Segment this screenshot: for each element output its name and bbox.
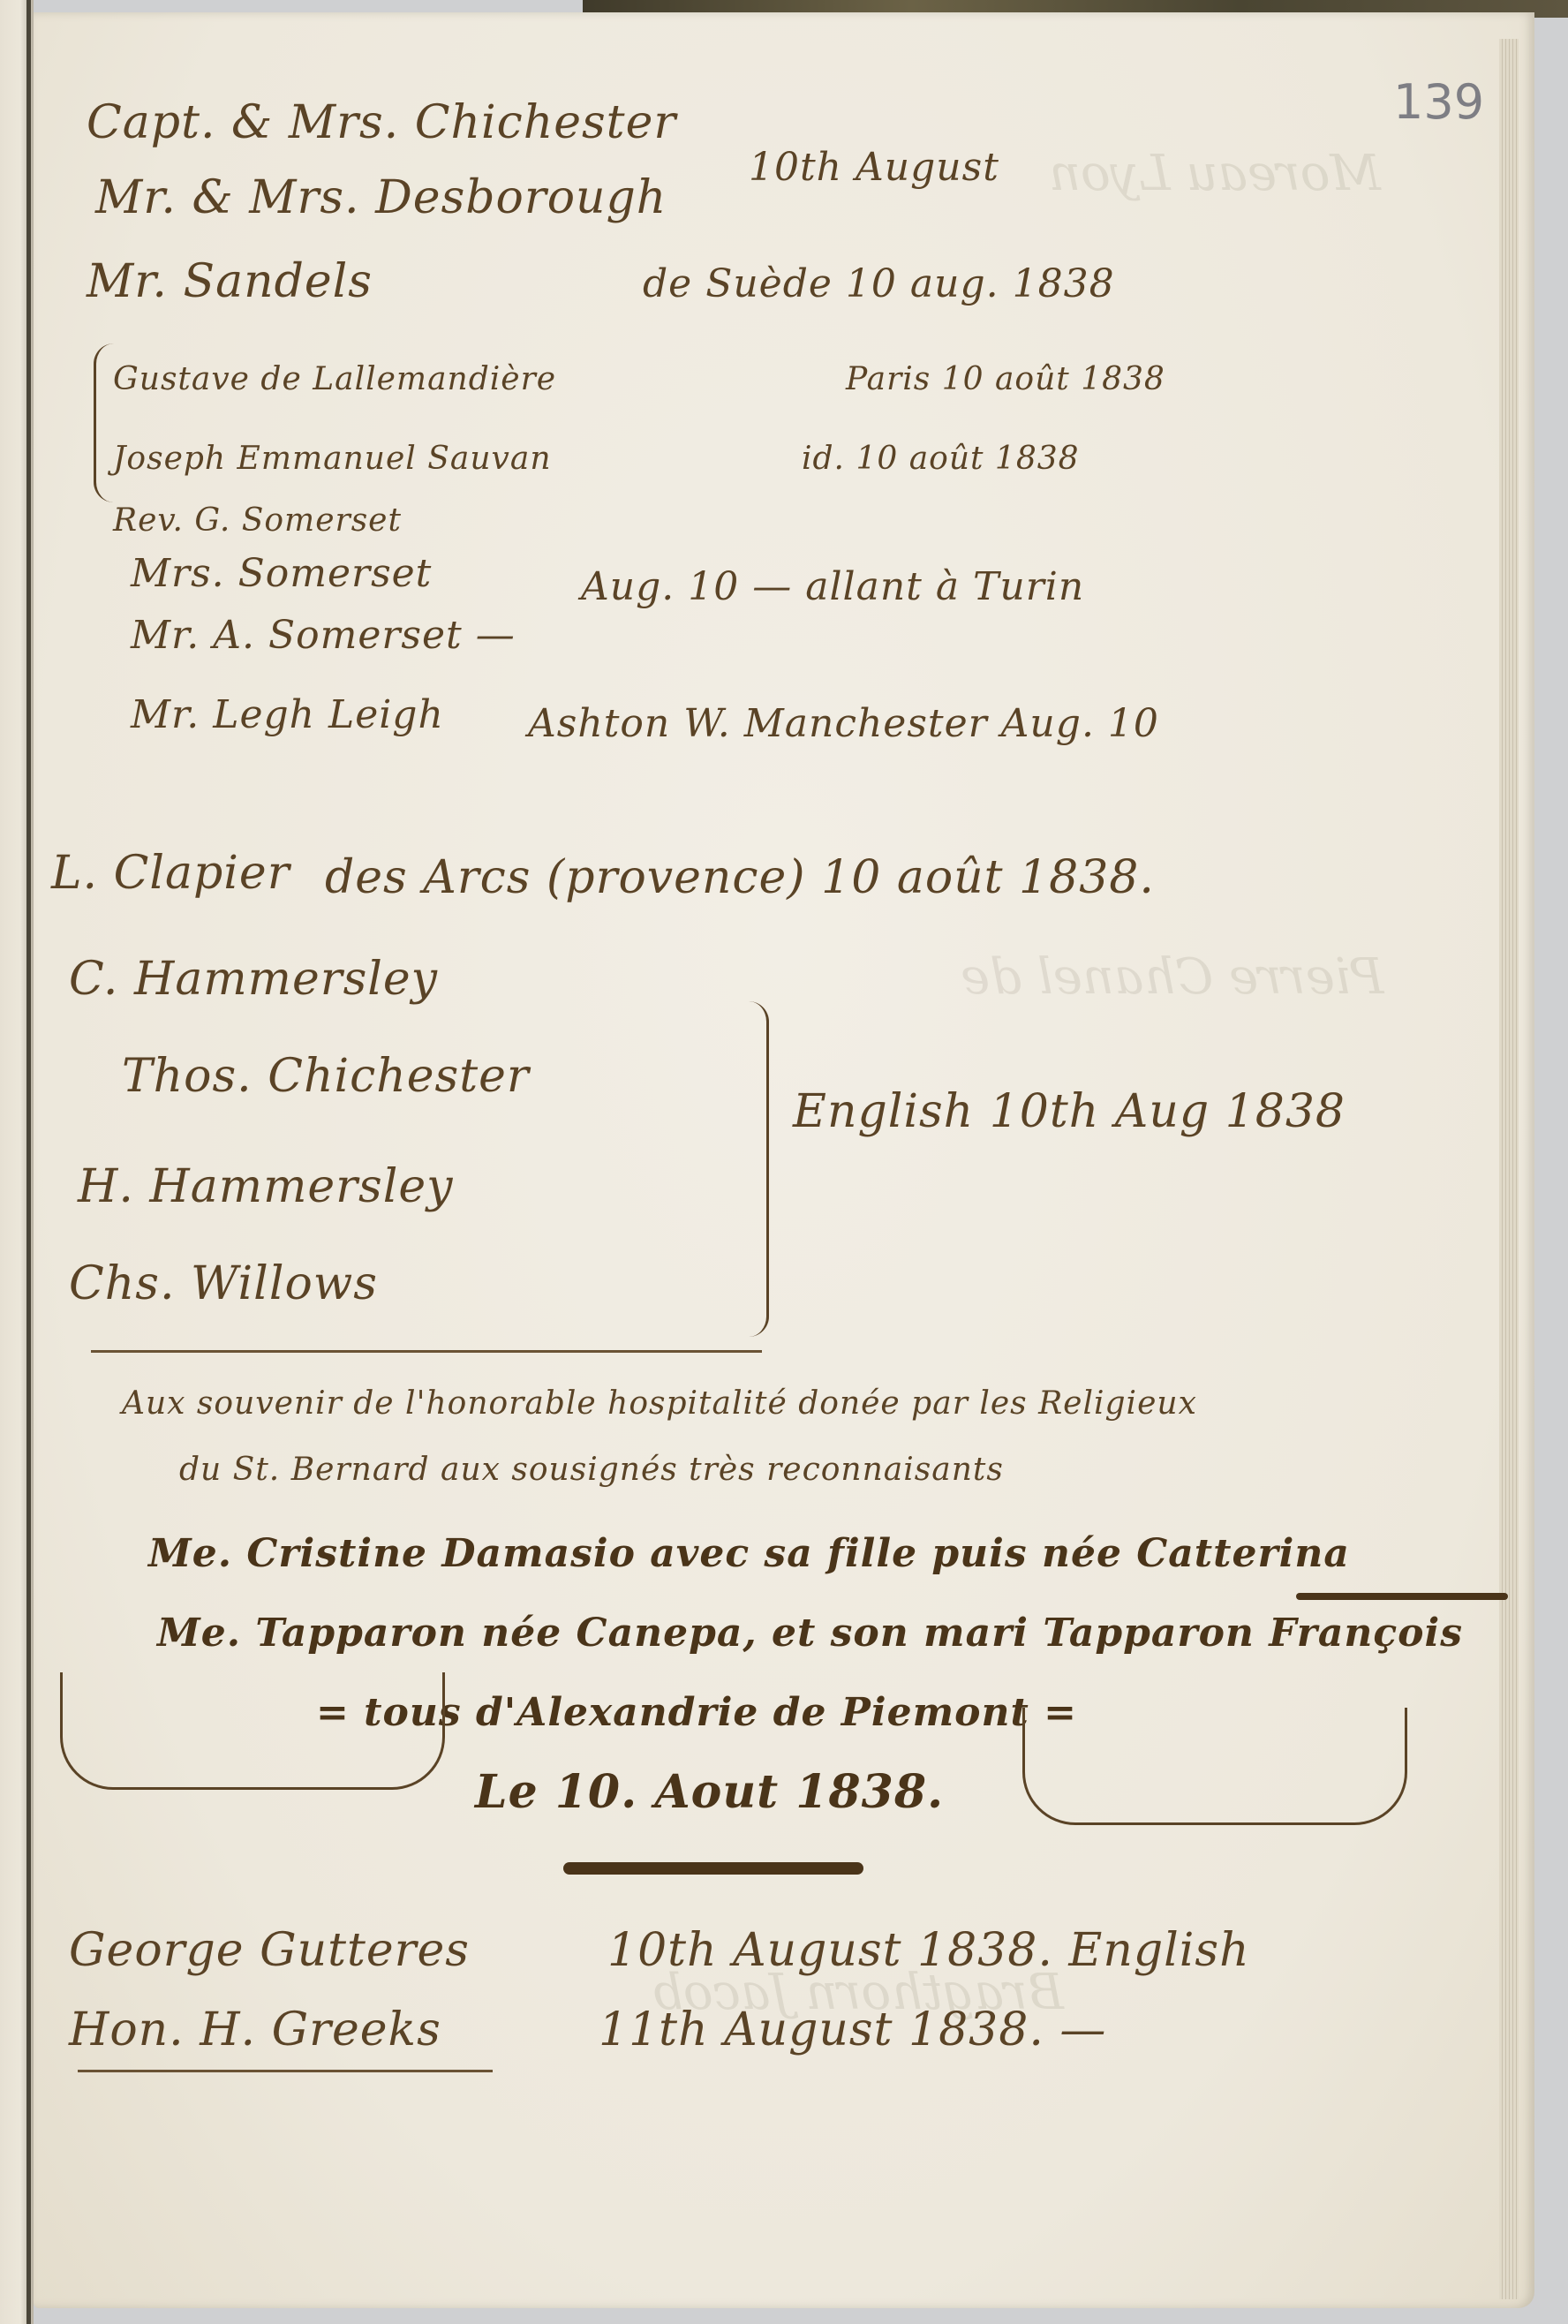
entry-date: 10th August bbox=[749, 145, 999, 190]
entry-name: Mrs. Somerset bbox=[131, 551, 432, 596]
tribute-signature: Me. Tapparon née Canepa, et son mari Tap… bbox=[157, 1611, 1463, 1656]
entry-name: Mr. & Mrs. Desborough bbox=[95, 171, 667, 224]
gutter bbox=[26, 0, 31, 2324]
bracket bbox=[94, 343, 114, 502]
entry-destination: Aug. 10 — allant à Turin bbox=[581, 564, 1084, 609]
tribute-signature: Me. Cristine Damasio avec sa fille puis … bbox=[148, 1531, 1350, 1576]
underline-swash bbox=[1296, 1593, 1508, 1600]
entry-origin-date: de Suède 10 aug. 1838 bbox=[643, 261, 1115, 306]
entry-name: Capt. & Mrs. Chichester bbox=[87, 96, 676, 149]
tribute-line: Aux souvenir de l'honorable hospitalité … bbox=[122, 1385, 1197, 1422]
entry-name: Hon. H. Greeks bbox=[69, 2003, 441, 2056]
entry-name: Thos. Chichester bbox=[122, 1050, 530, 1103]
entry-date: 11th August 1838. — bbox=[599, 2003, 1106, 2056]
entry-origin-date: des Arcs (provence) 10 août 1838. bbox=[325, 851, 1155, 904]
register-page: Moreau Lyon Pierre Chanel de Bragthorn J… bbox=[34, 12, 1534, 2308]
entry-name: L. Clapier bbox=[51, 847, 290, 900]
signature-underline bbox=[78, 2070, 493, 2072]
right-flourish bbox=[1022, 1708, 1407, 1825]
tribute-date: Le 10. Aout 1838. bbox=[475, 1765, 944, 1819]
entry-name: Mr. Sandels bbox=[87, 255, 373, 308]
entry-origin-date: Ashton W. Manchester Aug. 10 bbox=[528, 701, 1159, 746]
entry-name: H. Hammersley bbox=[78, 1160, 453, 1213]
left-flourish bbox=[60, 1672, 445, 1790]
entry-name: Joseph Emmanuel Sauvan bbox=[113, 441, 552, 477]
group-bracket bbox=[749, 1001, 769, 1337]
page-number: 139 bbox=[1393, 74, 1484, 130]
bleed-through-text: Pierre Chanel de bbox=[961, 948, 1383, 1006]
entry-name: George Gutteres bbox=[69, 1924, 470, 1977]
entry-name: Rev. G. Somerset bbox=[113, 502, 402, 539]
underline-swash bbox=[563, 1862, 863, 1875]
entry-name: Chs. Willows bbox=[69, 1257, 378, 1310]
entry-origin-date: id. 10 août 1838 bbox=[802, 441, 1080, 477]
entry-origin-date: Paris 10 août 1838 bbox=[846, 361, 1165, 397]
entry-name: Mr. A. Somerset — bbox=[131, 613, 516, 658]
page-edges bbox=[1499, 39, 1519, 2299]
entry-date: 10th August 1838. English bbox=[607, 1924, 1250, 1977]
divider-line bbox=[91, 1350, 762, 1353]
entry-name: C. Hammersley bbox=[69, 953, 438, 1006]
bleed-through-text: Moreau Lyon bbox=[1049, 145, 1381, 202]
entry-name: Mr. Legh Leigh bbox=[131, 692, 444, 737]
group-note: English 10th Aug 1838 bbox=[793, 1085, 1346, 1138]
entry-name: Gustave de Lallemandière bbox=[113, 361, 556, 397]
tribute-line: du St. Bernard aux sousignés très reconn… bbox=[179, 1452, 1004, 1488]
